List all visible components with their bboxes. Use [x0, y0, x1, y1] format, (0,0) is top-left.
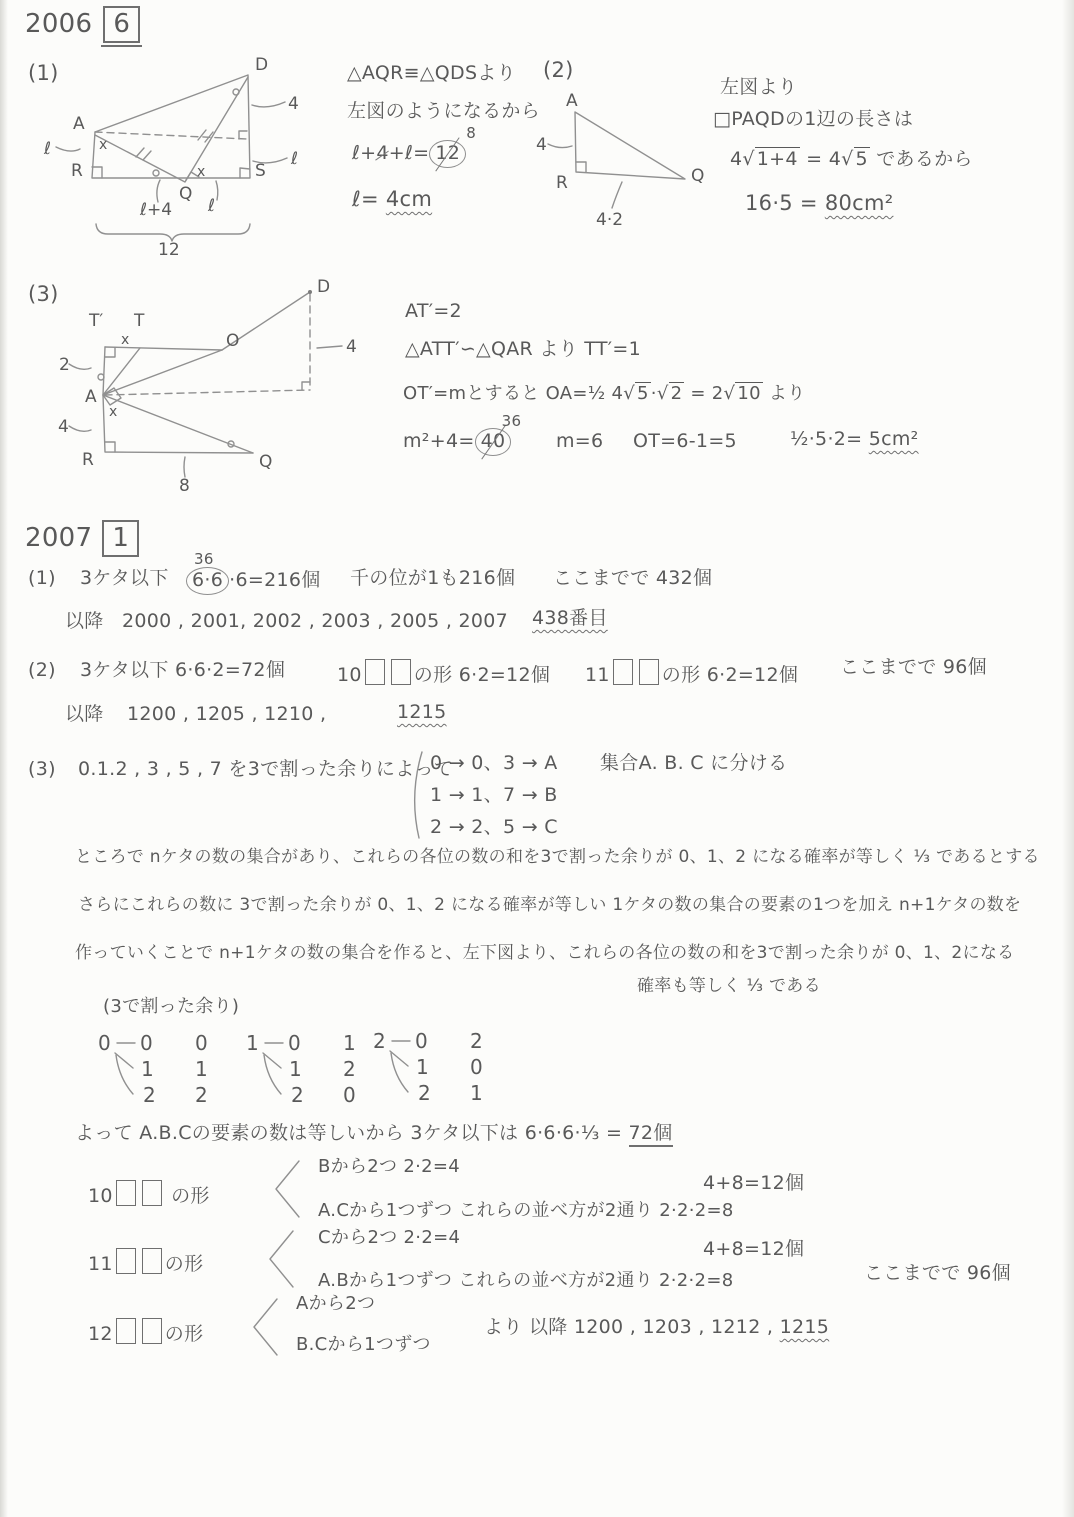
q3-map-row-1: 1 → 1、7 → B — [430, 784, 558, 808]
sec2-sqrt1-pre: 4√ — [730, 148, 755, 170]
fig2-vertex-a-label: A — [566, 91, 578, 111]
q2-form-11-prefix: 11 — [585, 664, 610, 686]
fig3-angle-x-at-a: x — [109, 404, 117, 420]
fig1-angle-x-at-q: x — [197, 164, 205, 180]
q2-form-10-rest: の形 6·2=12個 — [414, 664, 550, 686]
tree0-root: 0 — [98, 1031, 111, 1055]
q3-form2-sum: 4+8=12個 — [703, 1238, 804, 1262]
tree2-child-1: 1 — [416, 1055, 429, 1079]
tree2-child-0: 0 — [415, 1029, 428, 1053]
q3-paragraph-2: さらにこれらの数に 3で割った余りが 0、1、2 になる確率が等しい 1ケタの数… — [78, 895, 1021, 916]
fig1-length-l-bottom: ℓ — [207, 196, 215, 216]
figure-1-diagram: A D R S Q x x ℓ 4 ℓ ℓ+4 ℓ 12 — [40, 52, 350, 264]
sec3-area-value: 5cm² — [869, 428, 919, 450]
sec1-answer: ℓ= 4cm — [352, 186, 432, 212]
q3-form2-box2 — [142, 1248, 162, 1274]
q3-form3-label: 12の形 — [88, 1318, 203, 1347]
sec3-area-pre: ½·5·2= — [790, 428, 869, 450]
q1-after-label: 以降 — [65, 610, 104, 634]
tree0-child-2: 2 — [143, 1083, 156, 1107]
fig1-length-l-plus-4: ℓ+4 — [139, 200, 172, 220]
q3-form2-branch-bottom: A.Bから1つずつ これらの並べ方が2通り 2·2·2=8 — [318, 1270, 733, 1293]
q3-form1-box2 — [142, 1180, 162, 1206]
sec2-sqrt2-radicand: 5 — [854, 147, 870, 170]
q3-paragraph-4: 確率も等しく ⅓ である — [637, 976, 821, 997]
q1-text-c: 千の位が1も216個 — [350, 567, 515, 591]
sec3-l3a: OT′=mとすると OA=½ 4√ — [403, 383, 635, 404]
fig1-length-12-total: 12 — [158, 240, 180, 260]
q3-remainder-tree-2: 2 0 1 2 2 0 1 — [370, 1024, 505, 1109]
tree2-result-0: 2 — [470, 1029, 483, 1053]
fig1-vertex-s-label: S — [255, 161, 266, 181]
q3-form2-prefix: 11 — [88, 1253, 113, 1275]
tree0-child-0: 0 — [140, 1031, 153, 1055]
q3-form3-prefix: 12 — [88, 1323, 113, 1345]
fig1-labels: A D R S Q x x ℓ 4 ℓ ℓ+4 ℓ 12 — [43, 55, 299, 260]
fig3-lines — [69, 290, 342, 477]
fig3-length-4-left: 4 — [58, 417, 69, 437]
tree0-result-2: 2 — [195, 1083, 208, 1107]
tree0-child-1: 1 — [141, 1057, 154, 1081]
sec3-line3: OT′=mとすると OA=½ 4√5·√2 = 2√10 より — [403, 383, 805, 406]
q3-form3-branch-top: Aから2つ — [296, 1293, 375, 1316]
q2-form-11: 11の形 6·2=12個 — [585, 659, 798, 688]
q1-number-list: 2000 , 2001, 2002 , 2003 , 2005 , 2007 — [122, 610, 508, 634]
sec3-line2: △ATT′∽△QAR より TT′=1 — [405, 338, 641, 362]
sec3-l3b: ·√ — [651, 383, 669, 404]
figure-3-diagram: T′ T O D A R Q x x 2 4 8 4 — [55, 278, 430, 496]
sec2-sqrt2-pre: = 4√ — [800, 148, 854, 170]
q3-conclusion: よって A.B.Cの要素の数は等しいから 3ケタ以下は 6·6·6·⅓ = 72… — [75, 1122, 673, 1146]
tree1-child-2: 2 — [291, 1083, 304, 1107]
sec3-line1: AT′=2 — [405, 300, 462, 324]
q2-after-label: 以降 — [65, 703, 104, 727]
sec1-eq-mid: +ℓ= — [389, 142, 430, 164]
q2-form-10-prefix: 10 — [337, 664, 362, 686]
sec2-answer: 16·5 = 80cm² — [745, 190, 893, 216]
handwritten-notes-page: 20066 (1) A D R S Q — [0, 0, 1074, 1517]
q1-circled-6x6: 6·6 — [186, 567, 229, 595]
fig1-vertex-d-label: D — [255, 55, 268, 75]
fig2-length-base: 4·2 — [596, 210, 623, 230]
scan-edge-left — [0, 0, 8, 1517]
fig2-lines — [548, 112, 685, 208]
q3-paragraph-1: ところで nケタの数の集合があり、これらの各位の数の和を3で割った余りが 0、1… — [75, 847, 1040, 868]
fig2-vertex-q-label: Q — [691, 166, 704, 186]
q1-answer-value: 438番目 — [532, 607, 608, 629]
sec2-line2: □PAQDの1辺の長さは — [713, 108, 913, 132]
tree2-child-2: 2 — [418, 1081, 431, 1105]
fig2-vertex-r-label: R — [556, 173, 568, 193]
sec1-eq-old-value: 12 — [429, 140, 466, 168]
q3-form1-branch-bottom: A.Cから1つずつ これらの並べ方が2通り 2·2·2=8 — [318, 1200, 734, 1223]
q3-form1-suffix: の形 — [171, 1185, 210, 1207]
fig3-length-4-right: 4 — [346, 337, 357, 357]
fig3-vertex-a-label: A — [85, 387, 97, 407]
sec3-l4-pre: m²+4= — [403, 430, 475, 452]
q2-form-11-box2 — [639, 659, 659, 685]
fig1-vertex-a-label: A — [73, 114, 85, 134]
fig3-vertex-t-prime-label: T′ — [88, 311, 103, 331]
q2-answer-value: 1215 — [397, 701, 447, 723]
sec3-area-answer: ½·5·2= 5cm² — [790, 428, 919, 452]
q3-tree-caption: (3で割った余り) — [103, 996, 239, 1019]
fig3-vertex-t-label: T — [133, 311, 145, 331]
q3-paragraph-3: 作っていくことで n+1ケタの数の集合を作ると、左下図より、これらの各位の数の和… — [75, 943, 1014, 964]
sec1-line2: 左図のようになるから — [347, 100, 540, 124]
q3-form3-brace — [250, 1296, 280, 1358]
q2-form-10: 10の形 6·2=12個 — [337, 659, 550, 688]
tree2-root: 2 — [373, 1029, 386, 1053]
fig3-vertex-q-label: Q — [259, 452, 272, 472]
sec3-ot-value: OT=6-1=5 — [633, 430, 737, 454]
q2-text-d: ここまでで 96個 — [840, 656, 987, 680]
fig3-vertex-d-label: D — [317, 278, 330, 297]
fig2-labels: A R Q 4 4·2 — [536, 91, 704, 230]
sec3-l3d: より — [763, 383, 806, 404]
tree1-result-1: 2 — [343, 1057, 356, 1081]
q3-conclusion-text: よって A.B.Cの要素の数は等しいから 3ケタ以下は 6·6·6·⅓ = — [75, 1122, 629, 1144]
fig3-length-8: 8 — [179, 476, 190, 496]
heading-2007: 20071 — [25, 520, 139, 557]
q3-form2-box1 — [116, 1248, 136, 1274]
q2-form-10-box2 — [391, 659, 411, 685]
fig1-vertex-q-label: Q — [179, 184, 192, 204]
sec1-eq-struck-4: 4 — [376, 142, 388, 166]
heading-2006-year: 2006 — [25, 9, 92, 39]
q2-form-10-box1 — [365, 659, 385, 685]
sec3-l4-correction: 36 — [502, 412, 522, 431]
q3-remainder-tree-0: 0 0 1 2 0 1 2 — [95, 1026, 230, 1111]
q2-form-11-box1 — [613, 659, 633, 685]
fig3-vertex-r-label: R — [82, 450, 94, 470]
q3-form1-label: 10 の形 — [88, 1180, 210, 1209]
sec3-m-equation: m²+4=4036 — [403, 428, 511, 456]
sec1-answer-pre: ℓ= — [352, 187, 386, 211]
tree0-result-0: 0 — [195, 1031, 208, 1055]
q3-form2-running-total: ここまでで 96個 — [864, 1262, 1011, 1286]
heading-2006-problem-box: 6 — [101, 6, 142, 47]
q2-number-list: 1200 , 1205 , 1210 , — [127, 703, 326, 727]
q3-form2-brace — [266, 1228, 296, 1290]
tree2-result-2: 1 — [470, 1081, 483, 1105]
fig3-angle-x-top: x — [121, 332, 129, 348]
q3-form3-box1 — [116, 1318, 136, 1344]
q1-label: (1) — [28, 567, 56, 591]
q1-answer: 438番目 — [532, 607, 608, 631]
fig1-length-l-right: ℓ — [290, 149, 298, 169]
q1-text-a: 3ケタ以下 — [80, 567, 169, 591]
sec2-answer-value: 80cm² — [825, 191, 894, 215]
fig1-length-l-left: ℓ — [43, 139, 51, 159]
q3-form3-box2 — [142, 1318, 162, 1344]
tree2-result-1: 0 — [470, 1055, 483, 1079]
tree1-child-1: 1 — [289, 1057, 302, 1081]
fig1-length-4-right: 4 — [288, 94, 299, 114]
q3-form3-branch-bottom: B.Cから1つずつ — [296, 1334, 431, 1357]
q2-label: (2) — [28, 659, 56, 683]
sec2-label: (2) — [543, 57, 574, 83]
sec3-l3-rad2: 2 — [669, 382, 685, 404]
sec1-answer-value: 4cm — [386, 187, 432, 211]
fig2-length-4: 4 — [536, 135, 547, 155]
heading-2007-year: 2007 — [25, 523, 92, 553]
q3-form1-prefix: 10 — [88, 1185, 113, 1207]
q3-map-row-0: 0 → 0、3 → A — [430, 752, 558, 776]
q1-count-216: 6·636·6=216個 — [186, 567, 321, 595]
sec2-answer-pre: 16·5 = — [745, 191, 825, 215]
q3-form3-suffix: の形 — [165, 1323, 204, 1345]
q3-remainder-tree-1: 1 0 1 2 1 2 0 — [243, 1026, 378, 1111]
q3-form1-sum: 4+8=12個 — [703, 1172, 804, 1196]
fig1-vertex-r-label: R — [71, 161, 83, 181]
sec2-sqrt1-radicand: 1+4 — [755, 147, 800, 170]
sec3-l3c: = 2√ — [684, 383, 735, 404]
heading-2007-problem-number: 1 — [102, 520, 139, 557]
q3-form2-label: 11の形 — [88, 1248, 203, 1277]
q2-text-a: 3ケタ以下 6·6·2=72個 — [80, 659, 285, 683]
sec1-equation: ℓ+4+ℓ=128 — [352, 140, 466, 168]
sec2-line1: 左図より — [720, 76, 797, 100]
q1-text-d: ここまでで 432個 — [553, 567, 712, 591]
q3-final-value: 1215 — [780, 1316, 830, 1338]
q3-final-answer: より 以降 1200 , 1203 , 1212 , 1215 — [484, 1316, 829, 1340]
q3-form1-box1 — [116, 1180, 136, 1206]
q3-intro: 0.1.2 , 3 , 5 , 7 を3で割った余りによって — [78, 758, 453, 782]
sec3-l3-rad1: 5 — [635, 382, 651, 404]
q1-count-rest: ·6=216個 — [229, 569, 320, 591]
tree0-result-1: 1 — [195, 1057, 208, 1081]
sec1-line1: △AQR≡△QDSより — [347, 62, 516, 86]
tree1-root: 1 — [246, 1031, 259, 1055]
q1-correction-36: 36 — [194, 550, 214, 569]
sec3-l4-old-value: 40 — [475, 428, 512, 456]
fig3-vertex-o-label: O — [226, 331, 239, 351]
sec1-eq-pre: ℓ+ — [352, 142, 376, 164]
heading-2006-problem-number: 6 — [103, 6, 140, 43]
q3-form2-suffix: の形 — [165, 1253, 204, 1275]
q3-form1-brace — [272, 1158, 302, 1220]
sec3-l3-rad3: 10 — [735, 382, 763, 404]
tree1-result-0: 1 — [343, 1031, 356, 1055]
q3-final-list: より 以降 1200 , 1203 , 1212 , — [484, 1316, 773, 1338]
q2-answer: 1215 — [397, 701, 447, 725]
q3-conclusion-count: 72個 — [629, 1122, 673, 1147]
scan-edge-right — [1062, 0, 1074, 1517]
q3-map-note: 集合A. B. C に分ける — [600, 752, 787, 776]
sec3-m-value: m=6 — [556, 430, 603, 454]
sec1-eq-correction: 8 — [466, 124, 476, 143]
q3-map-brace — [406, 750, 424, 840]
fig1-angle-x-at-a: x — [99, 137, 107, 153]
figure-2-diagram: A R Q 4 4·2 — [530, 82, 730, 232]
tree1-result-2: 0 — [343, 1083, 356, 1107]
q3-form2-branch-top: Cから2つ 2·2=4 — [318, 1227, 460, 1250]
sec2-line3: 4√1+4 = 4√5 であるから — [730, 148, 973, 172]
q3-label: (3) — [28, 758, 56, 782]
sec2-sqrt-post: であるから — [870, 148, 973, 170]
fig3-length-2: 2 — [59, 355, 70, 375]
q2-form-11-rest: の形 6·2=12個 — [662, 664, 798, 686]
tree1-child-0: 0 — [288, 1031, 301, 1055]
heading-2006: 20066 — [25, 6, 142, 47]
q3-form1-branch-top: Bから2つ 2·2=4 — [318, 1156, 460, 1179]
q3-map-row-2: 2 → 2、5 → C — [430, 816, 558, 840]
